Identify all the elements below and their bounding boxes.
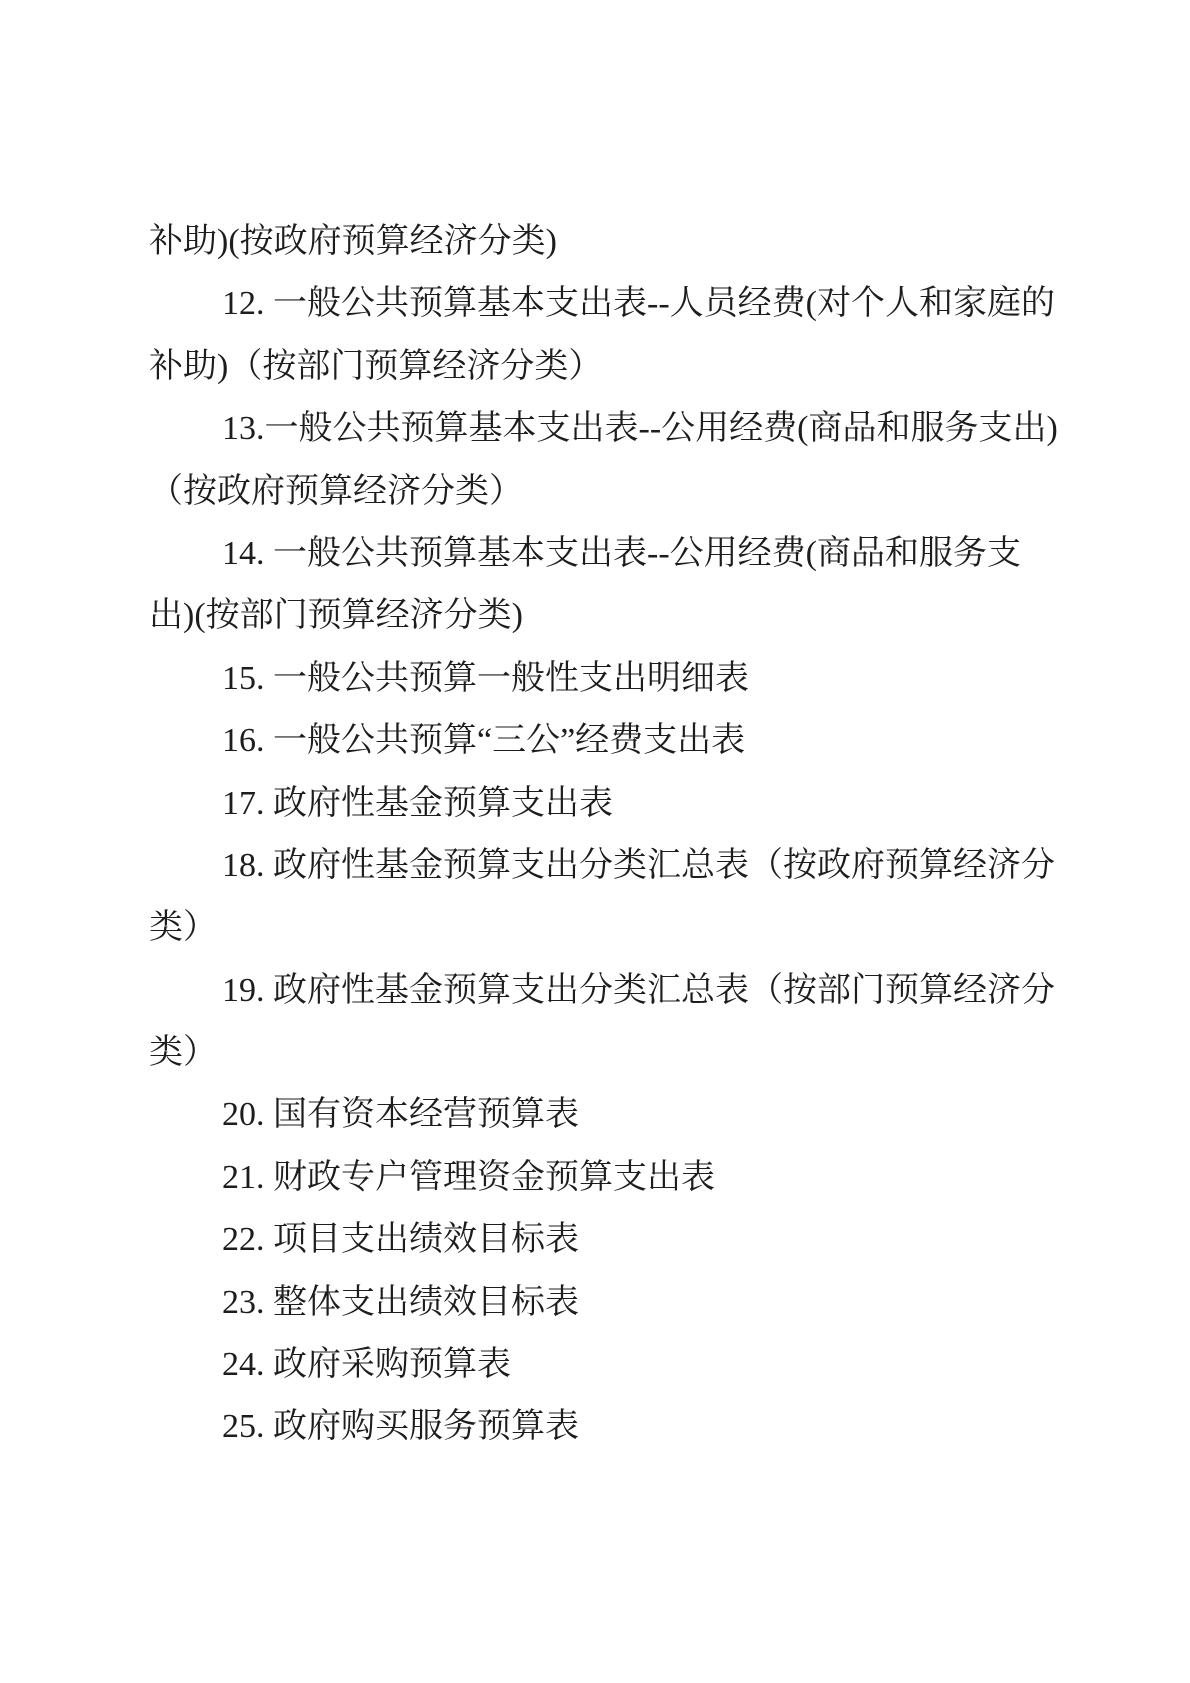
text-line: 类） bbox=[149, 897, 1047, 959]
text-line: 类） bbox=[149, 1022, 1047, 1084]
text-line: 22. 项目支出绩效目标表 bbox=[149, 1209, 1047, 1271]
text-line: 19. 政府性基金预算支出分类汇总表（按部门预算经济分 bbox=[149, 960, 1047, 1022]
text-line: 18. 政府性基金预算支出分类汇总表（按政府预算经济分 bbox=[149, 835, 1047, 897]
text-line: （按政府预算经济分类） bbox=[149, 461, 1047, 523]
text-line: 15. 一般公共预算一般性支出明细表 bbox=[149, 648, 1047, 710]
text-line: 20. 国有资本经营预算表 bbox=[149, 1084, 1047, 1146]
text-line: 12. 一般公共预算基本支出表--人员经费(对个人和家庭的 bbox=[149, 273, 1047, 335]
text-line: 出)(按部门预算经济分类) bbox=[149, 585, 1047, 647]
text-line: 23. 整体支出绩效目标表 bbox=[149, 1272, 1047, 1334]
text-line: 13.一般公共预算基本支出表--公用经费(商品和服务支出) bbox=[149, 398, 1047, 460]
text-line: 补助)（按部门预算经济分类） bbox=[149, 336, 1047, 398]
text-line: 24. 政府采购预算表 bbox=[149, 1334, 1047, 1396]
text-line: 补助)(按政府预算经济分类) bbox=[149, 211, 1047, 273]
text-block: 补助)(按政府预算经济分类)12. 一般公共预算基本支出表--人员经费(对个人和… bbox=[149, 211, 1047, 1459]
text-line: 14. 一般公共预算基本支出表--公用经费(商品和服务支 bbox=[149, 523, 1047, 585]
text-line: 25. 政府购买服务预算表 bbox=[149, 1396, 1047, 1458]
text-line: 21. 财政专户管理资金预算支出表 bbox=[149, 1147, 1047, 1209]
text-line: 17. 政府性基金预算支出表 bbox=[149, 773, 1047, 835]
text-line: 16. 一般公共预算“三公”经费支出表 bbox=[149, 710, 1047, 772]
document-page: 补助)(按政府预算经济分类)12. 一般公共预算基本支出表--人员经费(对个人和… bbox=[0, 0, 1190, 1683]
